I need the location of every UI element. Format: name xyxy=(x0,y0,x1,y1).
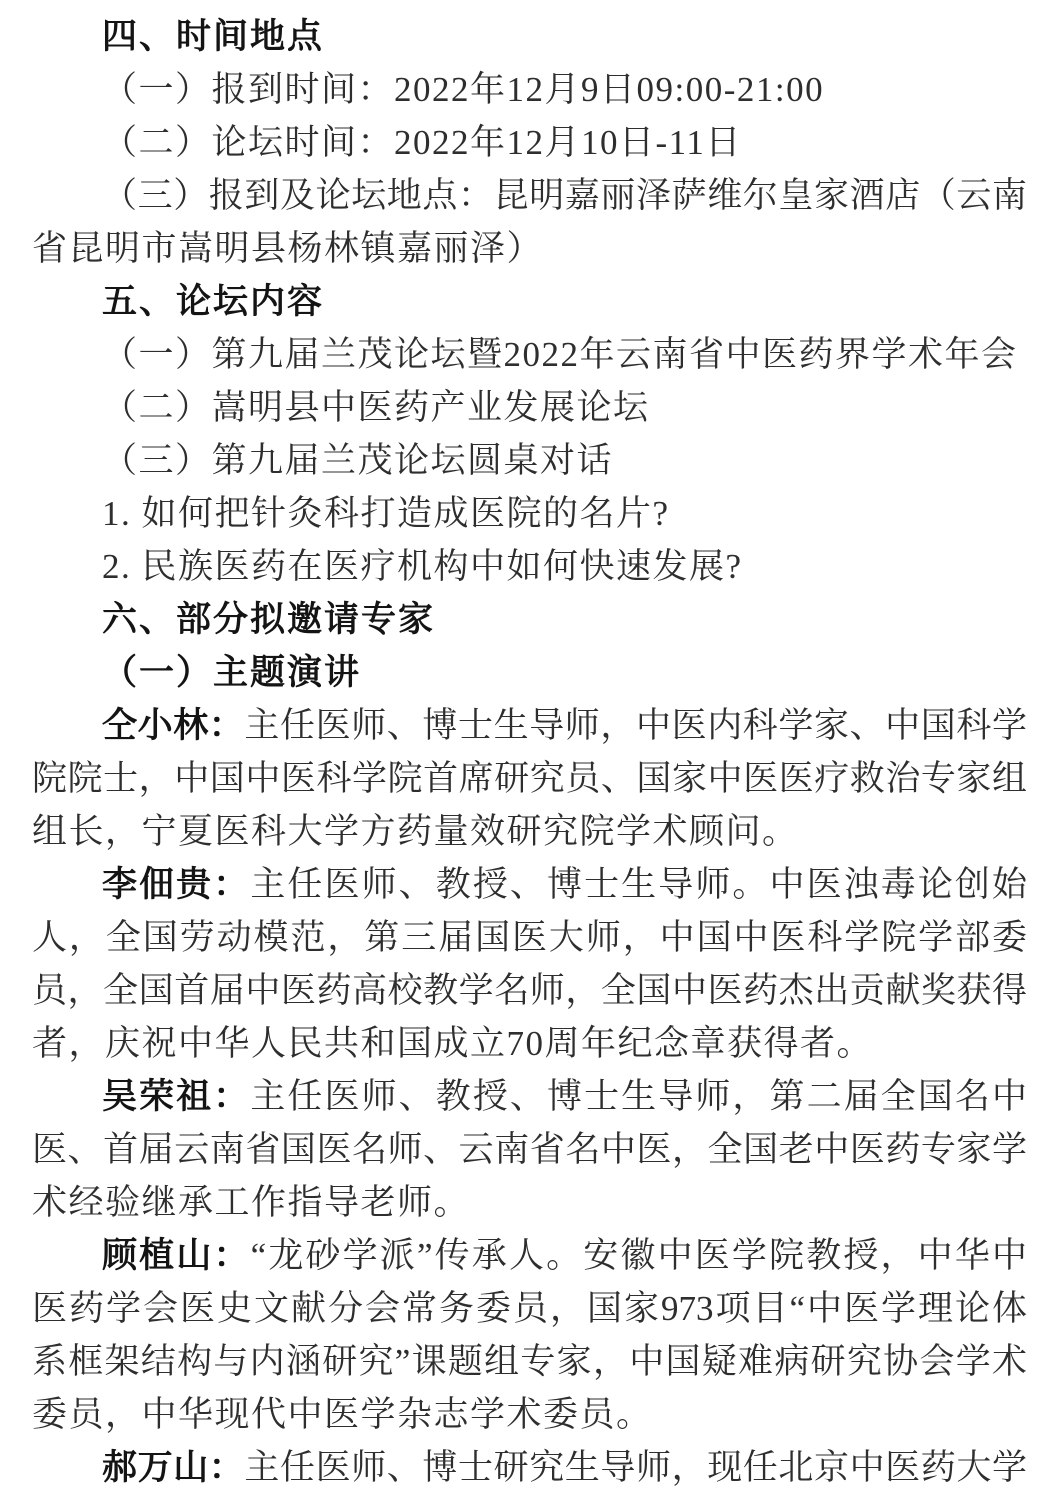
text-segment: 2. 民族医药在医疗机构中如何快速发展? xyxy=(102,547,743,586)
text-segment: 主任医师、博士研究生导师，现任北京中医药大学 xyxy=(244,1448,1027,1487)
expert-name: 仝小林： xyxy=(102,706,244,745)
text-segment: 医药学会医史文献分会常务委员，国家973项目“中医学理论体 xyxy=(32,1289,1027,1328)
text-segment: 1. 如何把针灸科打造成医院的名片? xyxy=(102,494,670,533)
text-segment: 员，全国首届中医药高校教学名师，全国中医药杰出贡献奖获得 xyxy=(32,971,1027,1010)
text-segment: 六、部分拟邀请专家 xyxy=(102,600,435,639)
text-segment: （三）第九届兰茂论坛圆桌对话 xyxy=(102,441,613,480)
text-line: 者，庆祝中华人民共和国成立70周年纪念章获得者。 xyxy=(32,1017,1027,1070)
text-line: 顾植山：“龙砂学派”传承人。安徽中医学院教授，中华中 xyxy=(32,1229,1027,1282)
text-segment: 人，全国劳动模范，第三届国医大师，中国中医科学院学部委 xyxy=(32,918,1027,957)
text-line: 组长，宁夏医科大学方药量效研究院学术顾问。 xyxy=(32,805,1027,858)
text-segment: “龙砂学派”传承人。安徽中医学院教授，中华中 xyxy=(251,1236,1027,1275)
text-line: 医药学会医史文献分会常务委员，国家973项目“中医学理论体 xyxy=(32,1282,1027,1335)
text-line: 院院士，中国中医科学院首席研究员、国家中医医疗救治专家组 xyxy=(32,752,1027,805)
text-segment: 院院士，中国中医科学院首席研究员、国家中医医疗救治专家组 xyxy=(32,759,1027,798)
text-segment: 者，庆祝中华人民共和国成立70周年纪念章获得者。 xyxy=(32,1024,873,1063)
paragraph: 1. 如何把针灸科打造成医院的名片? xyxy=(32,487,1027,540)
paragraph: 2. 民族医药在医疗机构中如何快速发展? xyxy=(32,540,1027,593)
text-line: （一）第九届兰茂论坛暨2022年云南省中医药界学术年会 xyxy=(32,328,1027,381)
text-segment: 省昆明市嵩明县杨林镇嘉丽泽） xyxy=(32,229,543,268)
text-line: （一）主题演讲 xyxy=(32,646,1027,699)
paragraph: （一）第九届兰茂论坛暨2022年云南省中医药界学术年会 xyxy=(32,328,1027,381)
text-line: 仝小林：主任医师、博士生导师，中医内科学家、中国科学 xyxy=(32,699,1027,752)
text-segment: （一）主题演讲 xyxy=(102,653,361,692)
section-heading: 五、论坛内容 xyxy=(32,275,1027,328)
text-line: 委员，中华现代中医学杂志学术委员。 xyxy=(32,1388,1027,1441)
text-segment: 系框架结构与内涵研究”课题组专家，中国疑难病研究协会学术 xyxy=(32,1342,1027,1381)
paragraph: （一）报到时间：2022年12月9日09:00-21:00 xyxy=(32,63,1027,116)
text-segment: （二）嵩明县中医药产业发展论坛 xyxy=(102,388,650,427)
text-segment: 五、论坛内容 xyxy=(102,282,324,321)
text-segment: 医、首届云南省国医名师、云南省名中医，全国老中医药专家学 xyxy=(32,1130,1027,1169)
text-segment: 术经验继承工作指导老师。 xyxy=(32,1183,470,1222)
text-line: 医、首届云南省国医名师、云南省名中医，全国老中医药专家学 xyxy=(32,1123,1027,1176)
text-line: 人，全国劳动模范，第三届国医大师，中国中医科学院学部委 xyxy=(32,911,1027,964)
expert-paragraph: 仝小林：主任医师、博士生导师，中医内科学家、中国科学院院士，中国中医科学院首席研… xyxy=(32,699,1027,858)
expert-paragraph: 顾植山：“龙砂学派”传承人。安徽中医学院教授，中华中医药学会医史文献分会常务委员… xyxy=(32,1229,1027,1441)
text-segment: 组长，宁夏医科大学方药量效研究院学术顾问。 xyxy=(32,812,799,851)
expert-name: 郝万山： xyxy=(102,1448,244,1487)
text-line: 省昆明市嵩明县杨林镇嘉丽泽） xyxy=(32,222,1027,275)
paragraph: （三）报到及论坛地点：昆明嘉丽泽萨维尔皇家酒店（云南省昆明市嵩明县杨林镇嘉丽泽） xyxy=(32,169,1027,275)
document-page: 四、时间地点（一）报到时间：2022年12月9日09:00-21:00（二）论坛… xyxy=(0,0,1058,1504)
text-line: （一）报到时间：2022年12月9日09:00-21:00 xyxy=(32,63,1027,116)
text-line: 术经验继承工作指导老师。 xyxy=(32,1176,1027,1229)
text-segment: 委员，中华现代中医学杂志学术委员。 xyxy=(32,1395,653,1434)
text-segment: 四、时间地点 xyxy=(102,17,324,56)
expert-paragraph: 李佃贵：主任医师、教授、博士生导师。中医浊毒论创始人，全国劳动模范，第三届国医大… xyxy=(32,858,1027,1070)
text-line: （三）第九届兰茂论坛圆桌对话 xyxy=(32,434,1027,487)
text-line: （二）嵩明县中医药产业发展论坛 xyxy=(32,381,1027,434)
expert-name: 顾植山： xyxy=(102,1236,251,1275)
text-line: （三）报到及论坛地点：昆明嘉丽泽萨维尔皇家酒店（云南 xyxy=(32,169,1027,222)
text-segment: （一）报到时间：2022年12月9日09:00-21:00 xyxy=(102,70,824,109)
text-line: 1. 如何把针灸科打造成医院的名片? xyxy=(32,487,1027,540)
text-line: 系框架结构与内涵研究”课题组专家，中国疑难病研究协会学术 xyxy=(32,1335,1027,1388)
text-line: 四、时间地点 xyxy=(32,10,1027,63)
text-segment: （二）论坛时间：2022年12月10日-11日 xyxy=(102,123,742,162)
text-segment: 主任医师、博士生导师，中医内科学家、中国科学 xyxy=(244,706,1027,745)
section-heading: 四、时间地点 xyxy=(32,10,1027,63)
text-line: 郝万山：主任医师、博士研究生导师，现任北京中医药大学 xyxy=(32,1441,1027,1494)
expert-paragraph: 郝万山：主任医师、博士研究生导师，现任北京中医药大学 xyxy=(32,1441,1027,1494)
text-line: 2. 民族医药在医疗机构中如何快速发展? xyxy=(32,540,1027,593)
text-segment: （三）报到及论坛地点：昆明嘉丽泽萨维尔皇家酒店（云南 xyxy=(102,176,1027,215)
section-heading: 六、部分拟邀请专家 xyxy=(32,593,1027,646)
text-line: （二）论坛时间：2022年12月10日-11日 xyxy=(32,116,1027,169)
text-segment: 主任医师、教授、博士生导师。中医浊毒论创始 xyxy=(250,865,1027,904)
text-segment: （一）第九届兰茂论坛暨2022年云南省中医药界学术年会 xyxy=(102,335,1018,374)
text-line: 员，全国首届中医药高校教学名师，全国中医药杰出贡献奖获得 xyxy=(32,964,1027,1017)
paragraph: （三）第九届兰茂论坛圆桌对话 xyxy=(32,434,1027,487)
paragraph: （二）论坛时间：2022年12月10日-11日 xyxy=(32,116,1027,169)
text-line: 吴荣祖：主任医师、教授、博士生导师，第二届全国名中 xyxy=(32,1070,1027,1123)
expert-name: 吴荣祖： xyxy=(102,1077,250,1116)
sub-heading: （一）主题演讲 xyxy=(32,646,1027,699)
expert-name: 李佃贵： xyxy=(102,865,250,904)
text-line: 五、论坛内容 xyxy=(32,275,1027,328)
expert-paragraph: 吴荣祖：主任医师、教授、博士生导师，第二届全国名中医、首届云南省国医名师、云南省… xyxy=(32,1070,1027,1229)
text-line: 六、部分拟邀请专家 xyxy=(32,593,1027,646)
paragraph: （二）嵩明县中医药产业发展论坛 xyxy=(32,381,1027,434)
text-line: 李佃贵：主任医师、教授、博士生导师。中医浊毒论创始 xyxy=(32,858,1027,911)
text-segment: 主任医师、教授、博士生导师，第二届全国名中 xyxy=(250,1077,1027,1116)
